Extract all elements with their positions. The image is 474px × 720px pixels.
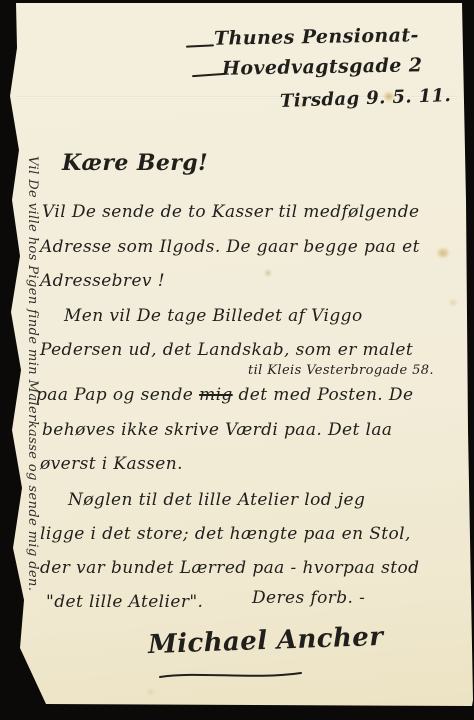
struck-out-word: mig (199, 385, 233, 405)
interline-insertion: til Kleis Vesterbrogade 58. (248, 363, 434, 378)
signature-flourish (158, 668, 303, 682)
body-line-2: Adresse som Ilgods. De gaar begge paa et (40, 237, 420, 257)
body-line-8: øverst i Kassen. (40, 454, 183, 474)
body-line-7: behøves ikke skrive Værdi paa. Det laa (42, 420, 392, 440)
body-line-6-pre: paa Pap og sende (36, 385, 199, 405)
body-line-6-post: det med Posten. De (233, 385, 414, 405)
body-line-9: Nøglen til det lille Atelier lod jeg (68, 490, 365, 510)
body-line-6: paa Pap og sende mig det med Posten. De (36, 385, 413, 405)
salutation: Kære Berg! (62, 150, 208, 176)
body-line-3: Adressebrev ! (40, 271, 165, 291)
closing: Deres forb. - (252, 588, 365, 608)
body-line-5: Pedersen ud, det Landskab, som er malet (40, 340, 413, 360)
body-line-10: ligge i det store; det hængte paa en Sto… (40, 524, 411, 544)
letter-paper (0, 0, 474, 720)
body-line-11: der var bundet Lærred paa - hvorpaa stod (40, 558, 419, 578)
margin-note: Vil De ville hos Pigen finde min Malerka… (25, 156, 40, 591)
scanned-letter: Thunes Pensionat- Hovedvagtsgade 2 Tirsd… (0, 0, 474, 720)
body-line-12: "det lille Atelier". (46, 592, 203, 612)
sender-line: Thunes Pensionat- (214, 24, 419, 50)
body-line-4: Men vil De tage Billedet af Viggo (64, 306, 363, 326)
body-line-1: Vil De sende de to Kasser til medfølgend… (42, 202, 420, 222)
address-line: Hovedvagtsgade 2 (222, 54, 423, 79)
